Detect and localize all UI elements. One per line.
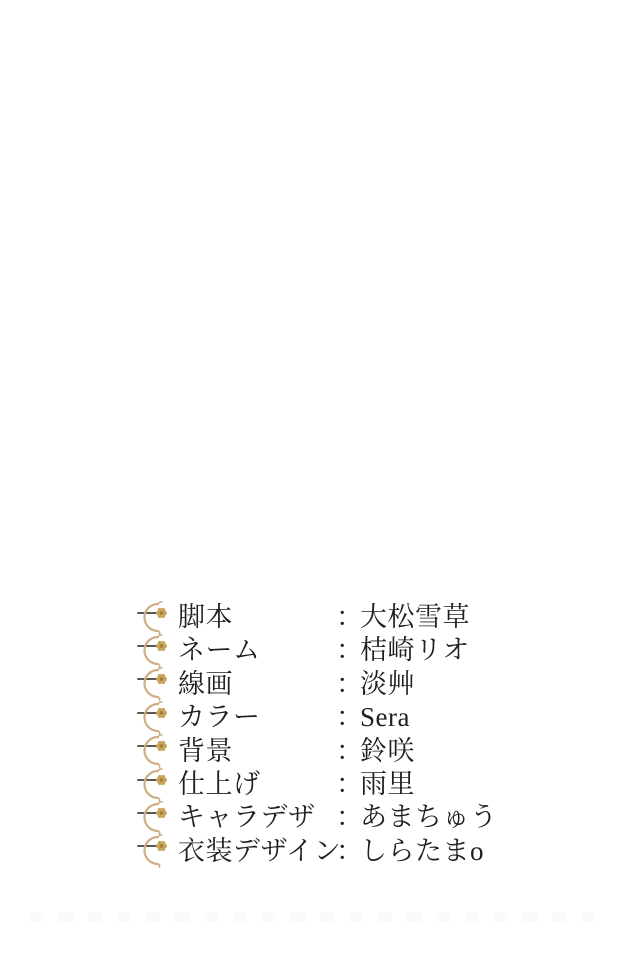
bow-flower-icon	[137, 700, 167, 736]
credit-name: 淡艸	[360, 668, 607, 701]
credit-name: あまちゅう	[360, 801, 607, 834]
credit-name: Sera	[360, 701, 607, 734]
credit-separator: ：	[340, 668, 360, 701]
credit-role-label: ネーム	[178, 634, 340, 667]
credit-row: 線画 ： 淡艸	[137, 668, 607, 701]
credit-row: キャラデザ ： あまちゅう	[137, 801, 607, 834]
credit-row: ネーム ： 桔崎リオ	[137, 634, 607, 667]
bow-flower-icon	[137, 600, 167, 636]
credit-row: 脚本 ： 大松雪草	[137, 601, 607, 634]
bow-flower-icon	[137, 800, 167, 836]
bow-flower-icon	[137, 767, 167, 803]
credit-separator: ：	[340, 735, 360, 768]
credit-name: 鈴咲	[360, 735, 607, 768]
credit-separator: ：	[340, 768, 360, 801]
credit-separator: ：	[340, 701, 360, 734]
bow-flower-icon	[137, 733, 167, 769]
credit-role-label: 衣装デザイン	[178, 835, 340, 868]
credits-list: 脚本 ： 大松雪草 ネーム ： 桔崎リオ 線画 ： 淡艸 カラー ： Sera …	[137, 601, 607, 868]
credit-row: 衣装デザイン ： しらたまo	[137, 835, 607, 868]
bow-flower-icon	[137, 633, 167, 669]
credit-separator: ：	[340, 801, 360, 834]
credit-name: 雨里	[360, 768, 607, 801]
credit-row: 背景 ： 鈴咲	[137, 735, 607, 768]
bow-flower-icon	[137, 833, 167, 869]
credit-role-label: 背景	[178, 735, 340, 768]
credit-separator: ：	[340, 835, 360, 868]
credit-separator: ：	[340, 634, 360, 667]
credit-separator: ：	[340, 601, 360, 634]
bow-flower-icon	[137, 666, 167, 702]
credit-name: しらたまo	[360, 835, 607, 868]
credit-role-label: 脚本	[178, 601, 340, 634]
credit-role-label: カラー	[178, 701, 340, 734]
credit-row: 仕上げ ： 雨里	[137, 768, 607, 801]
credit-name: 桔崎リオ	[360, 634, 607, 667]
credit-role-label: 仕上げ	[178, 768, 340, 801]
credit-row: カラー ： Sera	[137, 701, 607, 734]
credit-role-label: 線画	[178, 668, 340, 701]
credits-page: 脚本 ： 大松雪草 ネーム ： 桔崎リオ 線画 ： 淡艸 カラー ： Sera …	[0, 0, 640, 962]
faint-scan-artifact	[30, 912, 610, 922]
credit-role-label: キャラデザ	[178, 801, 340, 834]
credit-name: 大松雪草	[360, 601, 607, 634]
